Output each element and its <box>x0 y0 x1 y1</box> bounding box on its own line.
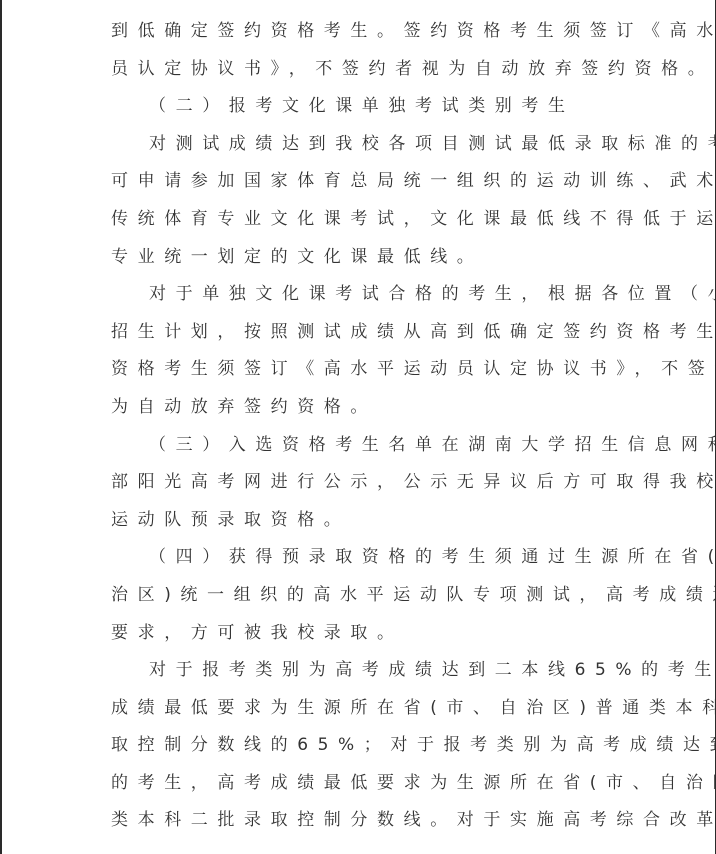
text-line: 部阳光高考网进行公示，公示无异议后方可取得我校高水平 <box>111 464 611 502</box>
section-heading-2: （二）报考文化课单独考试类别考生 <box>111 88 611 126</box>
paragraph-start: 对于单独文化课考试合格的考生，根据各位置（小项） <box>111 276 611 314</box>
text-line: 要求，方可被我校录取。 <box>111 615 611 653</box>
text-line: 取控制分数线的65%；对于报考类别为高考成绩达到二本线 <box>111 727 611 765</box>
section-heading-4: （四）获得预录取资格的考生须通过生源所在省(市、自 <box>111 539 611 577</box>
text-line: 可申请参加国家体育总局统一组织的运动训练、武术与民族 <box>111 163 611 201</box>
text-line: 传统体育专业文化课考试，文化课最低线不得低于运动训练 <box>111 201 611 239</box>
text-line: 运动队预录取资格。 <box>111 502 611 540</box>
text-line: 员认定协议书》，不签约者视为自动放弃签约资格。 <box>111 51 611 89</box>
text-line: 专业统一划定的文化课最低线。 <box>111 239 611 277</box>
text-line: 治区)统一组织的高水平运动队专项测试，高考成绩达到相应 <box>111 577 611 615</box>
document-body: 到低确定签约资格考生。签约资格考生须签订《高水平运动 员认定协议书》，不签约者视… <box>111 13 611 840</box>
paragraph-start: 对于报考类别为高考成绩达到二本线65%的考生，高考 <box>111 652 611 690</box>
text-line: 招生计划，按照测试成绩从高到低确定签约资格考生，签约 <box>111 314 611 352</box>
text-line: 类本科二批录取控制分数线。对于实施高考综合改革及合并 <box>111 802 611 840</box>
text-line: 的考生，高考成绩最低要求为生源所在省(市、自治区)普通 <box>111 765 611 803</box>
text-line: 资格考生须签订《高水平运动员认定协议书》，不签约者视 <box>111 351 611 389</box>
paragraph-start: 对测试成绩达到我校各项目测试最低录取标准的考生， <box>111 126 611 164</box>
section-heading-3: （三）入选资格考生名单在湖南大学招生信息网和教育 <box>111 427 611 465</box>
text-line: 成绩最低要求为生源所在省(市、自治区)普通类本科二批录 <box>111 690 611 728</box>
text-line: 为自动放弃签约资格。 <box>111 389 611 427</box>
text-line: 到低确定签约资格考生。签约资格考生须签订《高水平运动 <box>111 13 611 51</box>
